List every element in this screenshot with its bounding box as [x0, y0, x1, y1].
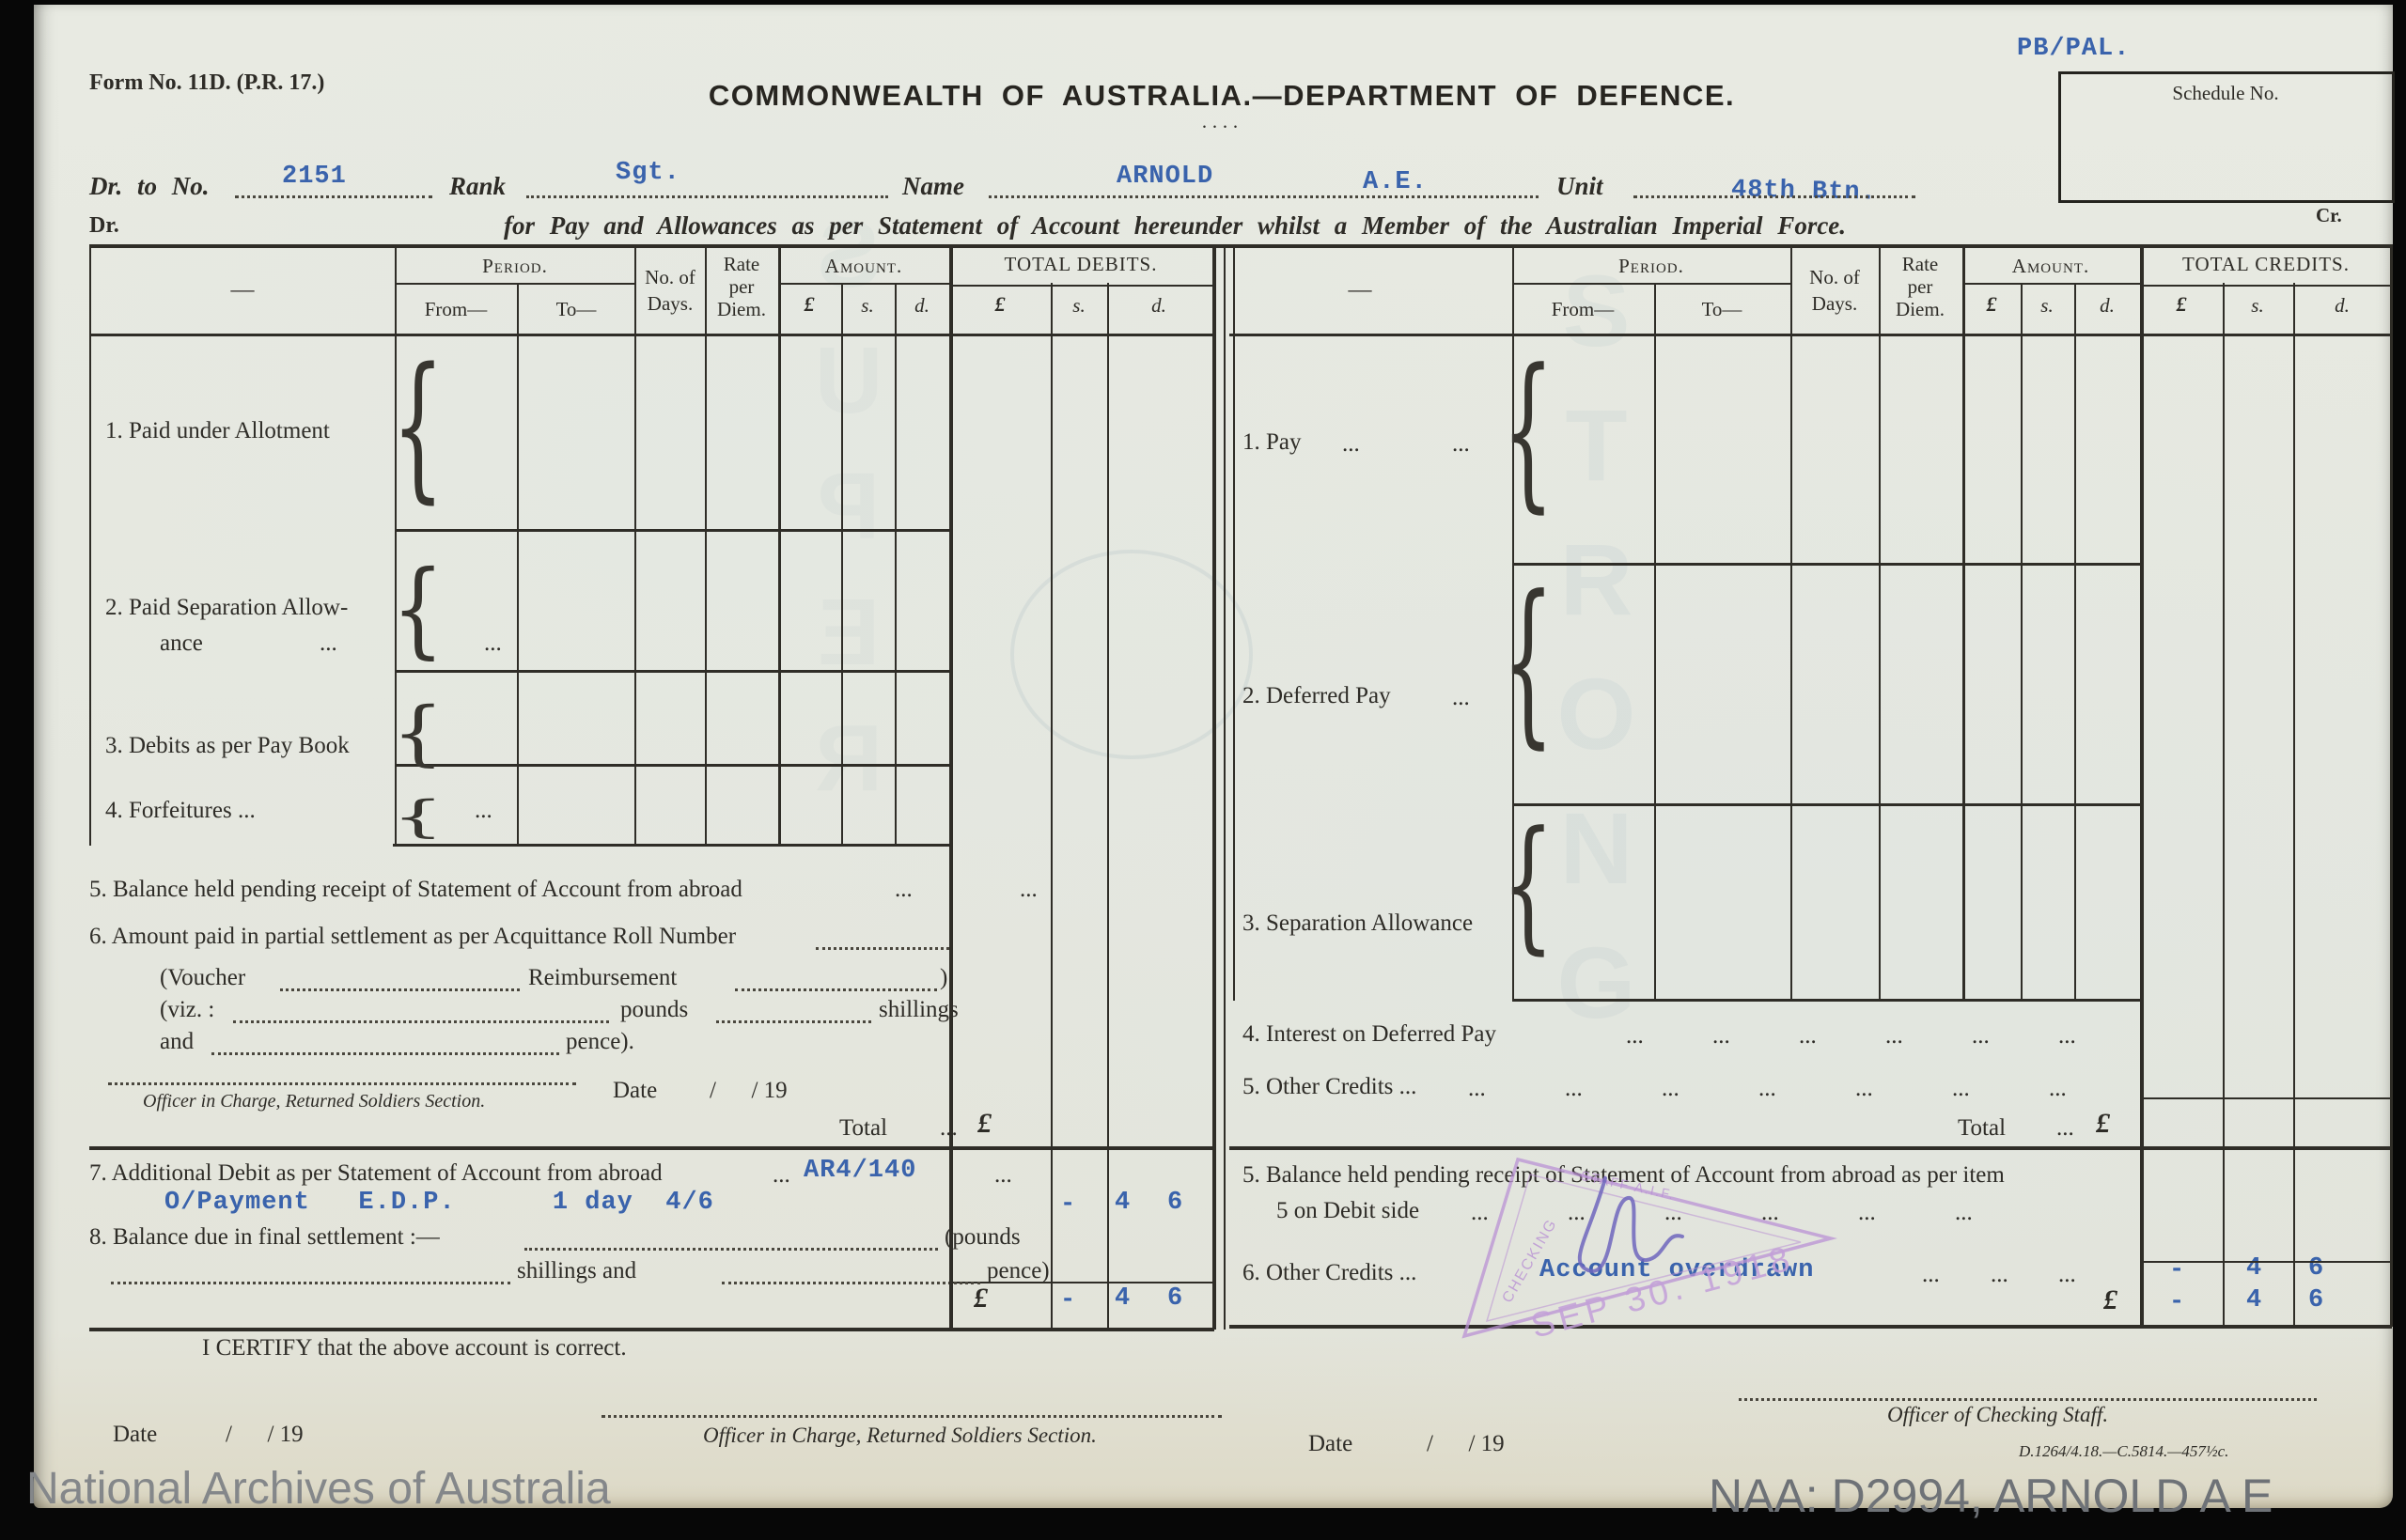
dots: ... — [1662, 1077, 1680, 1101]
dots: ... — [1626, 1024, 1644, 1049]
debit-amount-s: s. — [861, 295, 873, 316]
debit-from-header: From— — [425, 299, 488, 319]
dr-to-no-label: Dr. to No. — [89, 173, 210, 199]
credit-row-5: 5. Other Credits ... — [1242, 1075, 1416, 1099]
row-grouping-brace: { — [381, 795, 456, 851]
dots: ... — [1972, 1024, 1990, 1049]
total-credits-pound: £ — [2177, 293, 2187, 315]
unit-value: 48th Btn. — [1731, 177, 1877, 207]
credit-rate-header: per — [1908, 276, 1933, 297]
dotted-leader-line — [233, 1020, 609, 1023]
table-rule — [1512, 283, 1790, 285]
reimbursement-label: Reimbursement — [528, 966, 677, 990]
debit-total-pound-sign: £ — [977, 1109, 992, 1139]
debit-item-7-entry: O/Payment E.D.P. 1 day 4/6 — [164, 1190, 714, 1216]
name-value: ARNOLD — [1117, 163, 1213, 190]
dots: ... — [1020, 878, 1038, 902]
debit-item-7: 7. Additional Debit as per Statement of … — [89, 1161, 663, 1186]
row-grouping-brace: { — [381, 698, 456, 788]
table-rule — [89, 334, 1214, 336]
table-rule-vertical — [1654, 283, 1656, 1001]
table-rule-vertical — [949, 244, 953, 1330]
footer-date-value: / / 19 — [226, 1423, 304, 1447]
rank-label: Rank — [449, 173, 506, 199]
total-credits-d: d. — [2335, 295, 2350, 316]
footer-date-label: Date — [113, 1423, 157, 1447]
dots: ... — [1758, 1077, 1776, 1101]
dots: ... — [773, 1163, 790, 1188]
dots: ... — [1952, 1077, 1970, 1101]
footer-date-value: / / 19 — [1427, 1432, 1505, 1456]
dots: ... — [1858, 1201, 1876, 1225]
viz-label: (viz. : — [160, 998, 214, 1022]
table-rule-vertical — [1962, 244, 1965, 1001]
dotted-leader-line — [716, 1020, 871, 1023]
credit-period-header: Period. — [1618, 256, 1684, 276]
credit-item-6b: 6. Other Credits ... — [1242, 1261, 1416, 1285]
debit-row-4: 4. Forfeitures ... — [105, 799, 256, 823]
credit-row-1: 1. Pay — [1242, 430, 1302, 455]
table-rule-vertical — [1233, 244, 1235, 1001]
dotted-leader-line — [111, 1282, 510, 1284]
debit-to-header: To— — [556, 299, 597, 319]
debit-row-2: ance — [160, 631, 203, 656]
table-rule-vertical — [778, 244, 781, 846]
table-rule — [1229, 334, 2392, 336]
dotted-leader-line — [235, 195, 432, 198]
table-rule — [395, 670, 949, 673]
footer-date-label: Date — [1308, 1432, 1352, 1456]
table-rule — [1512, 563, 2142, 566]
table-rule — [89, 1328, 1214, 1331]
total-debits-s: s. — [1072, 295, 1085, 316]
dots: ... — [1565, 1077, 1583, 1101]
table-rule-vertical — [1107, 283, 1109, 1330]
credit-days-header: No. of — [1809, 267, 1860, 288]
credit-row-2: 2. Deferred Pay — [1242, 684, 1391, 708]
credit-col-dash: — — [1349, 278, 1372, 303]
dots: ... — [994, 1163, 1012, 1188]
row-grouping-brace: { — [1491, 573, 1566, 801]
total-debits-header: TOTAL DEBITS. — [1005, 254, 1158, 274]
credit-total-pound-sign: £ — [2096, 1109, 2110, 1139]
dotted-leader-line — [280, 988, 520, 991]
shillings-word: shillings — [879, 998, 959, 1022]
table-rule-vertical — [2140, 244, 2144, 1327]
debit-days-header: Days. — [648, 293, 693, 314]
total-credits-header: TOTAL CREDITS. — [2182, 254, 2350, 274]
credit-row6-value-pence: 6 — [2308, 1255, 2324, 1282]
table-rule — [393, 844, 951, 847]
total-debits-pound: £ — [995, 293, 1006, 315]
table-rule — [949, 285, 1212, 287]
credit-final-value-shillings: 4 — [2246, 1287, 2262, 1314]
debit-col-dash: — — [231, 278, 255, 303]
dots: ... — [1799, 1024, 1817, 1049]
debit-row-1: 1. Paid under Allotment — [105, 419, 330, 443]
voucher-close: ) — [940, 966, 947, 990]
credit-to-header: To— — [1702, 299, 1742, 319]
total-credits-s: s. — [2251, 295, 2263, 316]
stamp-date-text: SEP 30. 1918 — [1527, 1238, 1798, 1346]
dots: ... — [1712, 1024, 1730, 1049]
dots: ... — [1342, 432, 1360, 457]
table-rule — [2142, 1097, 2390, 1099]
dotted-leader-line — [526, 195, 888, 198]
table-rule-vertical — [1051, 283, 1053, 1330]
dots: ... — [320, 631, 337, 656]
row-grouping-brace: { — [381, 557, 456, 691]
credit-row6-value-shillings: 4 — [2246, 1255, 2262, 1282]
credit-final-value-pounds: - — [2169, 1289, 2185, 1315]
title-flourish: ···· — [1201, 117, 1242, 137]
and-word: and — [160, 1030, 194, 1054]
debit-item7-value-pounds: - — [1060, 1191, 1076, 1218]
certify-statement: I CERTIFY that the above account is corr… — [202, 1336, 627, 1361]
dots: ... — [475, 799, 492, 823]
debit-final-value-shillings: 4 — [1115, 1285, 1131, 1312]
pence-close: pence) — [987, 1259, 1050, 1283]
table-rule-vertical — [2021, 283, 2023, 1001]
dotted-leader-line — [816, 947, 949, 950]
debit-item7-value-shillings: 4 — [1115, 1190, 1131, 1216]
credit-total-label: Total — [1958, 1116, 2006, 1141]
dotted-leader-line — [211, 1052, 559, 1055]
row-grouping-brace: { — [1491, 348, 1566, 562]
table-rule-vertical — [89, 244, 91, 846]
page-title: COMMONWEALTH OF AUSTRALIA.—DEPARTMENT OF… — [709, 81, 1735, 112]
credit-item-5b: 5 on Debit side — [1276, 1199, 1419, 1223]
dotted-leader-line — [722, 1282, 980, 1284]
credit-amount-pound: £ — [1987, 293, 1997, 315]
table-rule-vertical — [1212, 244, 1216, 1330]
debit-item-7-reference: AR4/140 — [804, 1158, 916, 1184]
debit-final-value-pence: 6 — [1167, 1285, 1183, 1312]
debit-amount-pound: £ — [805, 293, 815, 315]
debit-item-6: 6. Amount paid in partial settlement as … — [89, 925, 736, 949]
table-rule — [778, 283, 949, 285]
dotted-leader-line — [1633, 195, 1915, 198]
dotted-leader-line — [524, 1248, 938, 1251]
debit-amount-header: Amount. — [825, 256, 902, 276]
dotted-leader-line — [735, 988, 937, 991]
debit-total-label: Total — [839, 1116, 887, 1141]
debit-rate-header: per — [729, 276, 755, 297]
print-code: D.1264/4.18.—C.5814.—457½c. — [2019, 1443, 2228, 1460]
debit-item7-value-pence: 6 — [1167, 1190, 1183, 1216]
form-subtitle: for Pay and Allowances as per Statement … — [504, 212, 1846, 239]
archive-reference: NAA: D2994, ARNOLD A E — [1709, 1471, 2273, 1521]
table-rule — [89, 1146, 1214, 1150]
debit-row-3: 3. Debits as per Pay Book — [105, 734, 350, 758]
table-rule — [1512, 999, 2142, 1002]
debit-row-2: 2. Paid Separation Allow- — [105, 596, 348, 620]
footer-officer-left: Officer in Charge, Returned Soldiers Sec… — [703, 1424, 1097, 1447]
dots: ... — [1922, 1263, 1940, 1287]
table-rule — [2142, 1261, 2390, 1263]
credit-amount-s: s. — [2040, 295, 2053, 316]
table-rule-vertical — [517, 283, 519, 846]
table-rule-vertical — [2390, 244, 2393, 1327]
row-grouping-brace: { — [381, 348, 456, 550]
debit-item-5: 5. Balance held pending receipt of State… — [89, 878, 742, 902]
dots: ... — [1885, 1024, 1903, 1049]
unit-label: Unit — [1556, 173, 1603, 199]
table-rule — [89, 244, 2392, 248]
debit-rate-header: Rate — [724, 254, 759, 274]
credit-rate-header: Diem. — [1896, 299, 1945, 319]
dotted-leader-line — [601, 1415, 1222, 1418]
debit-final-value-pounds: - — [1060, 1287, 1076, 1314]
dr-to-no-value: 2151 — [282, 163, 347, 190]
debit-final-pound-sign: £ — [974, 1283, 988, 1314]
footer-officer-right: Officer of Checking Staff. — [1887, 1404, 2108, 1426]
debit-period-header: Period. — [482, 256, 548, 276]
voucher-label: (Voucher — [160, 966, 245, 990]
table-rule-vertical — [2293, 283, 2295, 1327]
checking-staff-stamp: CHECKING STAFF A.I.F. SEP 30. 1918 — [1447, 1148, 1851, 1360]
dots: ... — [1452, 432, 1470, 457]
table-rule — [951, 1282, 1212, 1283]
table-rule — [395, 283, 634, 285]
dr-abbrev: Dr. — [89, 214, 119, 238]
name-label: Name — [902, 173, 964, 199]
debit-days-header: No. of — [645, 267, 695, 288]
date-label: Date — [613, 1079, 657, 1103]
dots: ... — [2049, 1077, 2067, 1101]
table-rule — [1512, 803, 2142, 806]
row-grouping-brace: { — [1491, 813, 1566, 997]
dots: ... — [1955, 1201, 1973, 1225]
dots: ... — [484, 631, 502, 656]
debit-rate-header: Diem. — [717, 299, 766, 319]
table-rule-vertical — [2074, 283, 2076, 1001]
credit-from-header: From— — [1552, 299, 1615, 319]
name-initials: A.E. — [1363, 169, 1428, 195]
cr-abbrev: Cr. — [2316, 205, 2342, 226]
debit-item-8: 8. Balance due in final settlement :— — [89, 1225, 440, 1250]
scanned-document: STRONG SUPER Form No. 11D. (P.R. 17.)COM… — [0, 0, 2406, 1540]
office-code: PB/PAL. — [2017, 36, 2130, 62]
table-rule — [1962, 283, 2140, 285]
table-rule — [395, 529, 949, 532]
table-rule-vertical — [705, 244, 707, 846]
dots: ... — [2056, 1116, 2074, 1141]
credit-amount-header: Amount. — [2012, 256, 2089, 276]
dots: ... — [895, 878, 913, 902]
faint-round-stamp — [1010, 550, 1253, 759]
form-number: Form No. 11D. (P.R. 17.) — [89, 71, 324, 95]
credit-final-value-pence: 6 — [2308, 1287, 2324, 1314]
table-rule-vertical — [1790, 244, 1792, 1001]
dots: ... — [2058, 1263, 2076, 1287]
dots: ... — [2058, 1024, 2076, 1049]
table-rule-vertical — [1224, 244, 1226, 1330]
debit-amount-d: d. — [914, 295, 930, 316]
total-debits-d: d. — [1151, 295, 1166, 316]
dots: ... — [1452, 686, 1470, 710]
table-rule-vertical — [895, 283, 897, 846]
dotted-leader-line — [108, 1082, 576, 1085]
pounds-close: (pounds — [945, 1225, 1021, 1250]
stamp-edge-left-text: CHECKING — [1499, 1216, 1560, 1305]
schedule-label: Schedule No. — [2172, 83, 2278, 103]
dotted-leader-line — [989, 195, 1539, 198]
table-rule-vertical — [1879, 244, 1881, 1001]
archive-caption: National Archives of Australia — [26, 1466, 611, 1513]
dots: ... — [1855, 1077, 1873, 1101]
credit-final-pound-sign: £ — [2103, 1285, 2117, 1315]
table-rule — [2140, 285, 2392, 287]
rank-value: Sgt. — [616, 160, 680, 186]
table-rule-vertical — [2223, 283, 2225, 1327]
shillings-and: shillings and — [517, 1259, 636, 1283]
dotted-leader-line — [1739, 1398, 2317, 1401]
credit-amount-d: d. — [2100, 295, 2115, 316]
table-rule-vertical — [841, 283, 843, 846]
dots: ... — [1991, 1263, 2008, 1287]
pence-word: pence). — [566, 1030, 634, 1054]
date-value: / / 19 — [710, 1079, 788, 1103]
officer-signature-line-label: Officer in Charge, Returned Soldiers Sec… — [143, 1092, 485, 1112]
credit-rate-header: Rate — [1902, 254, 1938, 274]
table-rule-vertical — [634, 244, 636, 846]
credit-days-header: Days. — [1812, 293, 1857, 314]
table-rule — [395, 764, 949, 767]
credit-row-4: 4. Interest on Deferred Pay — [1242, 1022, 1496, 1047]
credit-row-3: 3. Separation Allowance — [1242, 911, 1473, 936]
dots: ... — [1468, 1077, 1486, 1101]
pounds-word: pounds — [620, 998, 688, 1022]
